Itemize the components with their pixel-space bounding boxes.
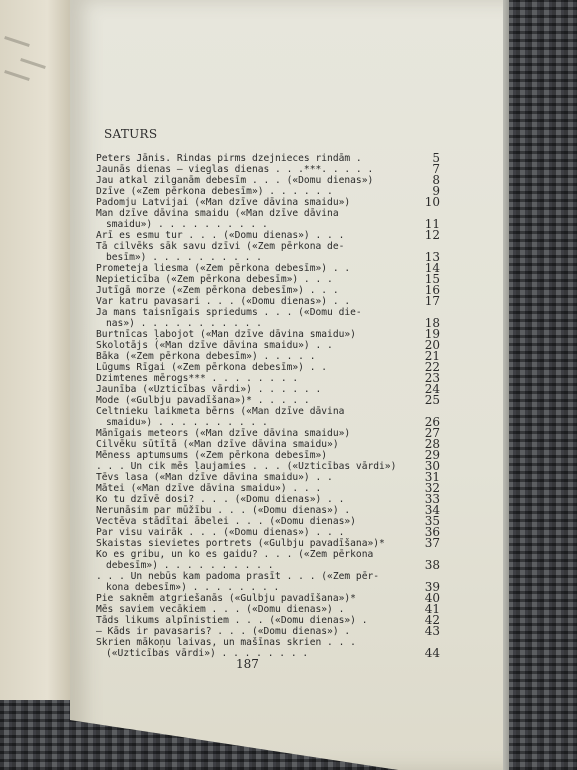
toc-entry: Man dzīve dāvina smaidu («Man dzīve dāvi… (96, 208, 430, 230)
toc-title-line: Skaistas sievietes portrets («Gulbju pav… (96, 538, 430, 549)
toc-title-line: Par visu vairāk . . . («Domu dienas») . … (96, 527, 430, 538)
toc-entry: Dzimtenes mērogs*** . . . . . . . .23 (96, 373, 430, 384)
toc-title-line: Mēness aptumsums («Zem pērkona debesīm») (96, 450, 430, 461)
toc-entry-title: Pie saknēm atgriešanās («Gulbju pavadīša… (96, 593, 430, 604)
toc-entry: Prometeja liesma («Zem pērkona debesīm»)… (96, 263, 430, 274)
toc-entry: Skrien mākoņu laivas, un mašīnas skrien … (96, 637, 430, 659)
toc-title-line: — Kāds ir pavasaris? . . . («Domu dienas… (96, 626, 430, 637)
toc-entry: Nepieticība («Zem pērkona debesīm») . . … (96, 274, 430, 285)
toc-entry: Par visu vairāk . . . («Domu dienas») . … (96, 527, 430, 538)
toc-entry-title: Cilvēku sūtītā («Man dzīve dāvina smaidu… (96, 439, 430, 450)
toc-entry-title: Burtnīcas ļabojot («Man dzīve dāvina sma… (96, 329, 430, 340)
toc-page-number: 44 (400, 647, 440, 659)
toc-entry-title: Tēvs lasa («Man dzīve dāvina smaidu») . … (96, 472, 430, 483)
toc-entry: Tāds likums alpīnistiem . . . («Domu die… (96, 615, 430, 626)
toc-entry-title: Lūgums Rīgai («Zem pērkona debesīm») . . (96, 362, 430, 373)
toc-entry-title: Dzīve («Zem pērkona debesīm») . . . . . … (96, 186, 430, 197)
toc-entry: Celtnieku laikmeta bērns («Man dzīve dāv… (96, 406, 430, 428)
toc-title-line: Pie saknēm atgriešanās («Gulbju pavadīša… (96, 593, 430, 604)
toc-entry: Nerunāsim par mūžību . . . («Domu dienas… (96, 505, 430, 516)
toc-entry-title: Skrien mākoņu laivas, un mašīnas skrien … (96, 637, 430, 659)
toc-title-continuation: debesīm») . . . . . . . . . . (96, 560, 430, 571)
toc-entry: . . . Un cik mēs ļaujamies . . . («Uztic… (96, 461, 430, 472)
toc-entry-title: — Kāds ir pavasaris? . . . («Domu dienas… (96, 626, 430, 637)
toc-entry: Jaunība («Uzticības vārdi») . . . . . .2… (96, 384, 430, 395)
toc-title-line: Ko es gribu, un ko es gaidu? . . . («Zem… (96, 549, 430, 560)
toc-entry-title: Dzimtenes mērogs*** . . . . . . . . (96, 373, 430, 384)
toc-entry-title: Mānīgais meteors («Man dzīve dāvina smai… (96, 428, 430, 439)
toc-entry-title: Celtnieku laikmeta bērns («Man dzīve dāv… (96, 406, 430, 428)
toc-title-line: Dzīve («Zem pērkona debesīm») . . . . . … (96, 186, 430, 197)
toc-title-line: Skolotājs («Man dzīve dāvina smaidu») . … (96, 340, 430, 351)
toc-title-line: Tēvs lasa («Man dzīve dāvina smaidu») . … (96, 472, 430, 483)
toc-entry-title: Jaunās dienas — vieglas dienas . . .***.… (96, 164, 430, 175)
toc-page-number: 38 (400, 559, 440, 571)
toc-entry: Lūgums Rīgai («Zem pērkona debesīm») . .… (96, 362, 430, 373)
toc-title-continuation: («Uzticības vārdi») . . . . . . . . (96, 648, 430, 659)
toc-entry: Ko tu dzīvē dosi? . . . («Domu dienas») … (96, 494, 430, 505)
toc-entry-title: Var katru pavasari . . . («Domu dienas»)… (96, 296, 430, 307)
toc-entry-title: . . . Un cik mēs ļaujamies . . . («Uztic… (96, 461, 430, 472)
toc-entry: Jutīgā morze («Zem pērkona debesīm») . .… (96, 285, 430, 296)
previous-page-edge (0, 0, 73, 700)
toc-entry: Padomju Latvijai («Man dzīve dāvina smai… (96, 197, 430, 208)
toc-page-number: 43 (400, 625, 440, 637)
toc-title-line: Vectēva stādītai ābelei . . . («Domu die… (96, 516, 430, 527)
toc-entry-title: Mēs saviem vecākiem . . . («Domu dienas»… (96, 604, 430, 615)
toc-entry-title: Nerunāsim par mūžību . . . («Domu dienas… (96, 505, 430, 516)
toc-title-line: Cilvēku sūtītā («Man dzīve dāvina smaidu… (96, 439, 430, 450)
toc-entry-title: Tā cilvēks sāk savu dzīvi («Zem pērkona … (96, 241, 430, 263)
toc-entry: Tēvs lasa («Man dzīve dāvina smaidu») . … (96, 472, 430, 483)
toc-entry: Jau atkal zilganām debesīm . . . («Domu … (96, 175, 430, 186)
toc-title-line: Jau atkal zilganām debesīm . . . («Domu … (96, 175, 430, 186)
toc-entry: Burtnīcas ļabojot («Man dzīve dāvina sma… (96, 329, 430, 340)
toc-entry-title: Par visu vairāk . . . («Domu dienas») . … (96, 527, 430, 538)
toc-page-number: 10 (400, 196, 440, 208)
toc-title-line: Jutīgā morze («Zem pērkona debesīm») . .… (96, 285, 430, 296)
toc-entry: Mānīgais meteors («Man dzīve dāvina smai… (96, 428, 430, 439)
toc-entry: — Kāds ir pavasaris? . . . («Domu dienas… (96, 626, 430, 637)
toc-title-line: Lūgums Rīgai («Zem pērkona debesīm») . . (96, 362, 430, 373)
toc-entry-title: Tāds likums alpīnistiem . . . («Domu die… (96, 615, 430, 626)
toc-title-line: Jaunība («Uzticības vārdi») . . . . . . (96, 384, 430, 395)
toc-entry: Vectēva stādītai ābelei . . . («Domu die… (96, 516, 430, 527)
toc-title-continuation: nas») . . . . . . . . . . . (96, 318, 430, 329)
toc-entry: Bāka («Zem pērkona debesīm») . . . . .21 (96, 351, 430, 362)
toc-entry-title: Jau atkal zilganām debesīm . . . («Domu … (96, 175, 430, 186)
toc-title-line: Tāds likums alpīnistiem . . . («Domu die… (96, 615, 430, 626)
toc-entry-title: . . . Un nebūs kam padoma prasīt . . . (… (96, 571, 430, 593)
toc-title-line: Jaunās dienas — vieglas dienas . . .***.… (96, 164, 430, 175)
toc-title-line: Burtnīcas ļabojot («Man dzīve dāvina sma… (96, 329, 430, 340)
toc-title-line: Mode («Gulbju pavadīšana»)* . . . . . (96, 395, 430, 406)
toc-entry-title: Jaunība («Uzticības vārdi») . . . . . . (96, 384, 430, 395)
toc-page-number: 12 (400, 229, 440, 241)
toc-entry: Ko es gribu, un ko es gaidu? . . . («Zem… (96, 549, 430, 571)
toc-entry: Dzīve («Zem pērkona debesīm») . . . . . … (96, 186, 430, 197)
toc-entry-title: Ko tu dzīvē dosi? . . . («Domu dienas») … (96, 494, 430, 505)
bleed-text-mark (20, 58, 46, 69)
toc-page-number: 25 (400, 394, 440, 406)
toc-entry-title: Mēness aptumsums («Zem pērkona debesīm») (96, 450, 430, 461)
page-edge (503, 0, 509, 770)
toc-page-number: 17 (400, 295, 440, 307)
toc-title-line: Celtnieku laikmeta bērns («Man dzīve dāv… (96, 406, 430, 417)
toc-title-continuation: smaidu») . . . . . . . . . . (96, 417, 430, 428)
toc-entry: Pie saknēm atgriešanās («Gulbju pavadīša… (96, 593, 430, 604)
toc-title-line: Padomju Latvijai («Man dzīve dāvina smai… (96, 197, 430, 208)
toc-entry-title: Man dzīve dāvina smaidu («Man dzīve dāvi… (96, 208, 430, 230)
toc-title-line: Nepieticība («Zem pērkona debesīm») . . … (96, 274, 430, 285)
bleed-text-mark (4, 36, 30, 47)
toc-entry-title: Ko es gribu, un ko es gaidu? . . . («Zem… (96, 549, 430, 571)
toc-entry: Peters Jānis. Rindas pirms dzejnieces ri… (96, 153, 430, 164)
toc-entry-title: Padomju Latvijai («Man dzīve dāvina smai… (96, 197, 430, 208)
toc-entry-title: Ja mans taisnīgais spriedums . . . («Dom… (96, 307, 430, 329)
toc-entry: Mēs saviem vecākiem . . . («Domu dienas»… (96, 604, 430, 615)
page-title: SATURS (104, 127, 157, 141)
toc-page-number: 37 (400, 537, 440, 549)
toc-entry-title: Prometeja liesma («Zem pērkona debesīm»)… (96, 263, 430, 274)
toc-entry-title: Skolotājs («Man dzīve dāvina smaidu») . … (96, 340, 430, 351)
toc-entry-title: Arī es esmu tur . . . («Domu dienas») . … (96, 230, 430, 241)
toc-title-line: . . . Un nebūs kam padoma prasīt . . . (… (96, 571, 430, 582)
toc-title-line: Skrien mākoņu laivas, un mašīnas skrien … (96, 637, 430, 648)
toc-entry: Var katru pavasari . . . («Domu dienas»)… (96, 296, 430, 307)
toc-title-line: Bāka («Zem pērkona debesīm») . . . . . (96, 351, 430, 362)
toc-entry-title: Mātei («Man dzīve dāvina smaidu») . . . (96, 483, 430, 494)
toc-title-line: . . . Un cik mēs ļaujamies . . . («Uztic… (96, 461, 430, 472)
toc-title-line: Peters Jānis. Rindas pirms dzejnieces ri… (96, 153, 430, 164)
toc-entry: Mēness aptumsums («Zem pērkona debesīm»)… (96, 450, 430, 461)
toc-title-line: Var katru pavasari . . . («Domu dienas»)… (96, 296, 430, 307)
toc-entry-title: Mode («Gulbju pavadīšana»)* . . . . . (96, 395, 430, 406)
toc-entry: . . . Un nebūs kam padoma prasīt . . . (… (96, 571, 430, 593)
toc-title-line: Prometeja liesma («Zem pērkona debesīm»)… (96, 263, 430, 274)
toc-title-line: Mānīgais meteors («Man dzīve dāvina smai… (96, 428, 430, 439)
page-number: 187 (236, 657, 259, 671)
toc-entry: Mode («Gulbju pavadīšana»)* . . . . .25 (96, 395, 430, 406)
toc-entry: Arī es esmu tur . . . («Domu dienas») . … (96, 230, 430, 241)
toc-entry-title: Bāka («Zem pērkona debesīm») . . . . . (96, 351, 430, 362)
toc-entry: Mātei («Man dzīve dāvina smaidu») . . .3… (96, 483, 430, 494)
toc-entry: Cilvēku sūtītā («Man dzīve dāvina smaidu… (96, 439, 430, 450)
toc-title-line: Ko tu dzīvē dosi? . . . («Domu dienas») … (96, 494, 430, 505)
toc-entry: Tā cilvēks sāk savu dzīvi («Zem pērkona … (96, 241, 430, 263)
bleed-text-mark (4, 70, 30, 81)
toc-title-line: Tā cilvēks sāk savu dzīvi («Zem pērkona … (96, 241, 430, 252)
toc-entry: Skolotājs («Man dzīve dāvina smaidu») . … (96, 340, 430, 351)
toc-entry: Skaistas sievietes portrets («Gulbju pav… (96, 538, 430, 549)
toc-title-line: Mātei («Man dzīve dāvina smaidu») . . . (96, 483, 430, 494)
toc-entry-title: Vectēva stādītai ābelei . . . («Domu die… (96, 516, 430, 527)
toc-title-line: Ja mans taisnīgais spriedums . . . («Dom… (96, 307, 430, 318)
toc-title-line: Mēs saviem vecākiem . . . («Domu dienas»… (96, 604, 430, 615)
toc-title-line: Arī es esmu tur . . . («Domu dienas») . … (96, 230, 430, 241)
toc-entry-title: Peters Jānis. Rindas pirms dzejnieces ri… (96, 153, 430, 164)
toc-entry-title: Skaistas sievietes portrets («Gulbju pav… (96, 538, 430, 549)
toc-title-continuation: kona debesīm») . . . . . . . . (96, 582, 430, 593)
toc-title-line: Man dzīve dāvina smaidu («Man dzīve dāvi… (96, 208, 430, 219)
toc-title-continuation: besīm») . . . . . . . . . . (96, 252, 430, 263)
toc-entry: Ja mans taisnīgais spriedums . . . («Dom… (96, 307, 430, 329)
table-of-contents: Peters Jānis. Rindas pirms dzejnieces ri… (96, 153, 430, 659)
toc-entry-title: Jutīgā morze («Zem pērkona debesīm») . .… (96, 285, 430, 296)
toc-entry-title: Nepieticība («Zem pērkona debesīm») . . … (96, 274, 430, 285)
toc-title-line: Dzimtenes mērogs*** . . . . . . . . (96, 373, 430, 384)
toc-title-continuation: smaidu») . . . . . . . . . . (96, 219, 430, 230)
toc-entry: Jaunās dienas — vieglas dienas . . .***.… (96, 164, 430, 175)
toc-title-line: Nerunāsim par mūžību . . . («Domu dienas… (96, 505, 430, 516)
